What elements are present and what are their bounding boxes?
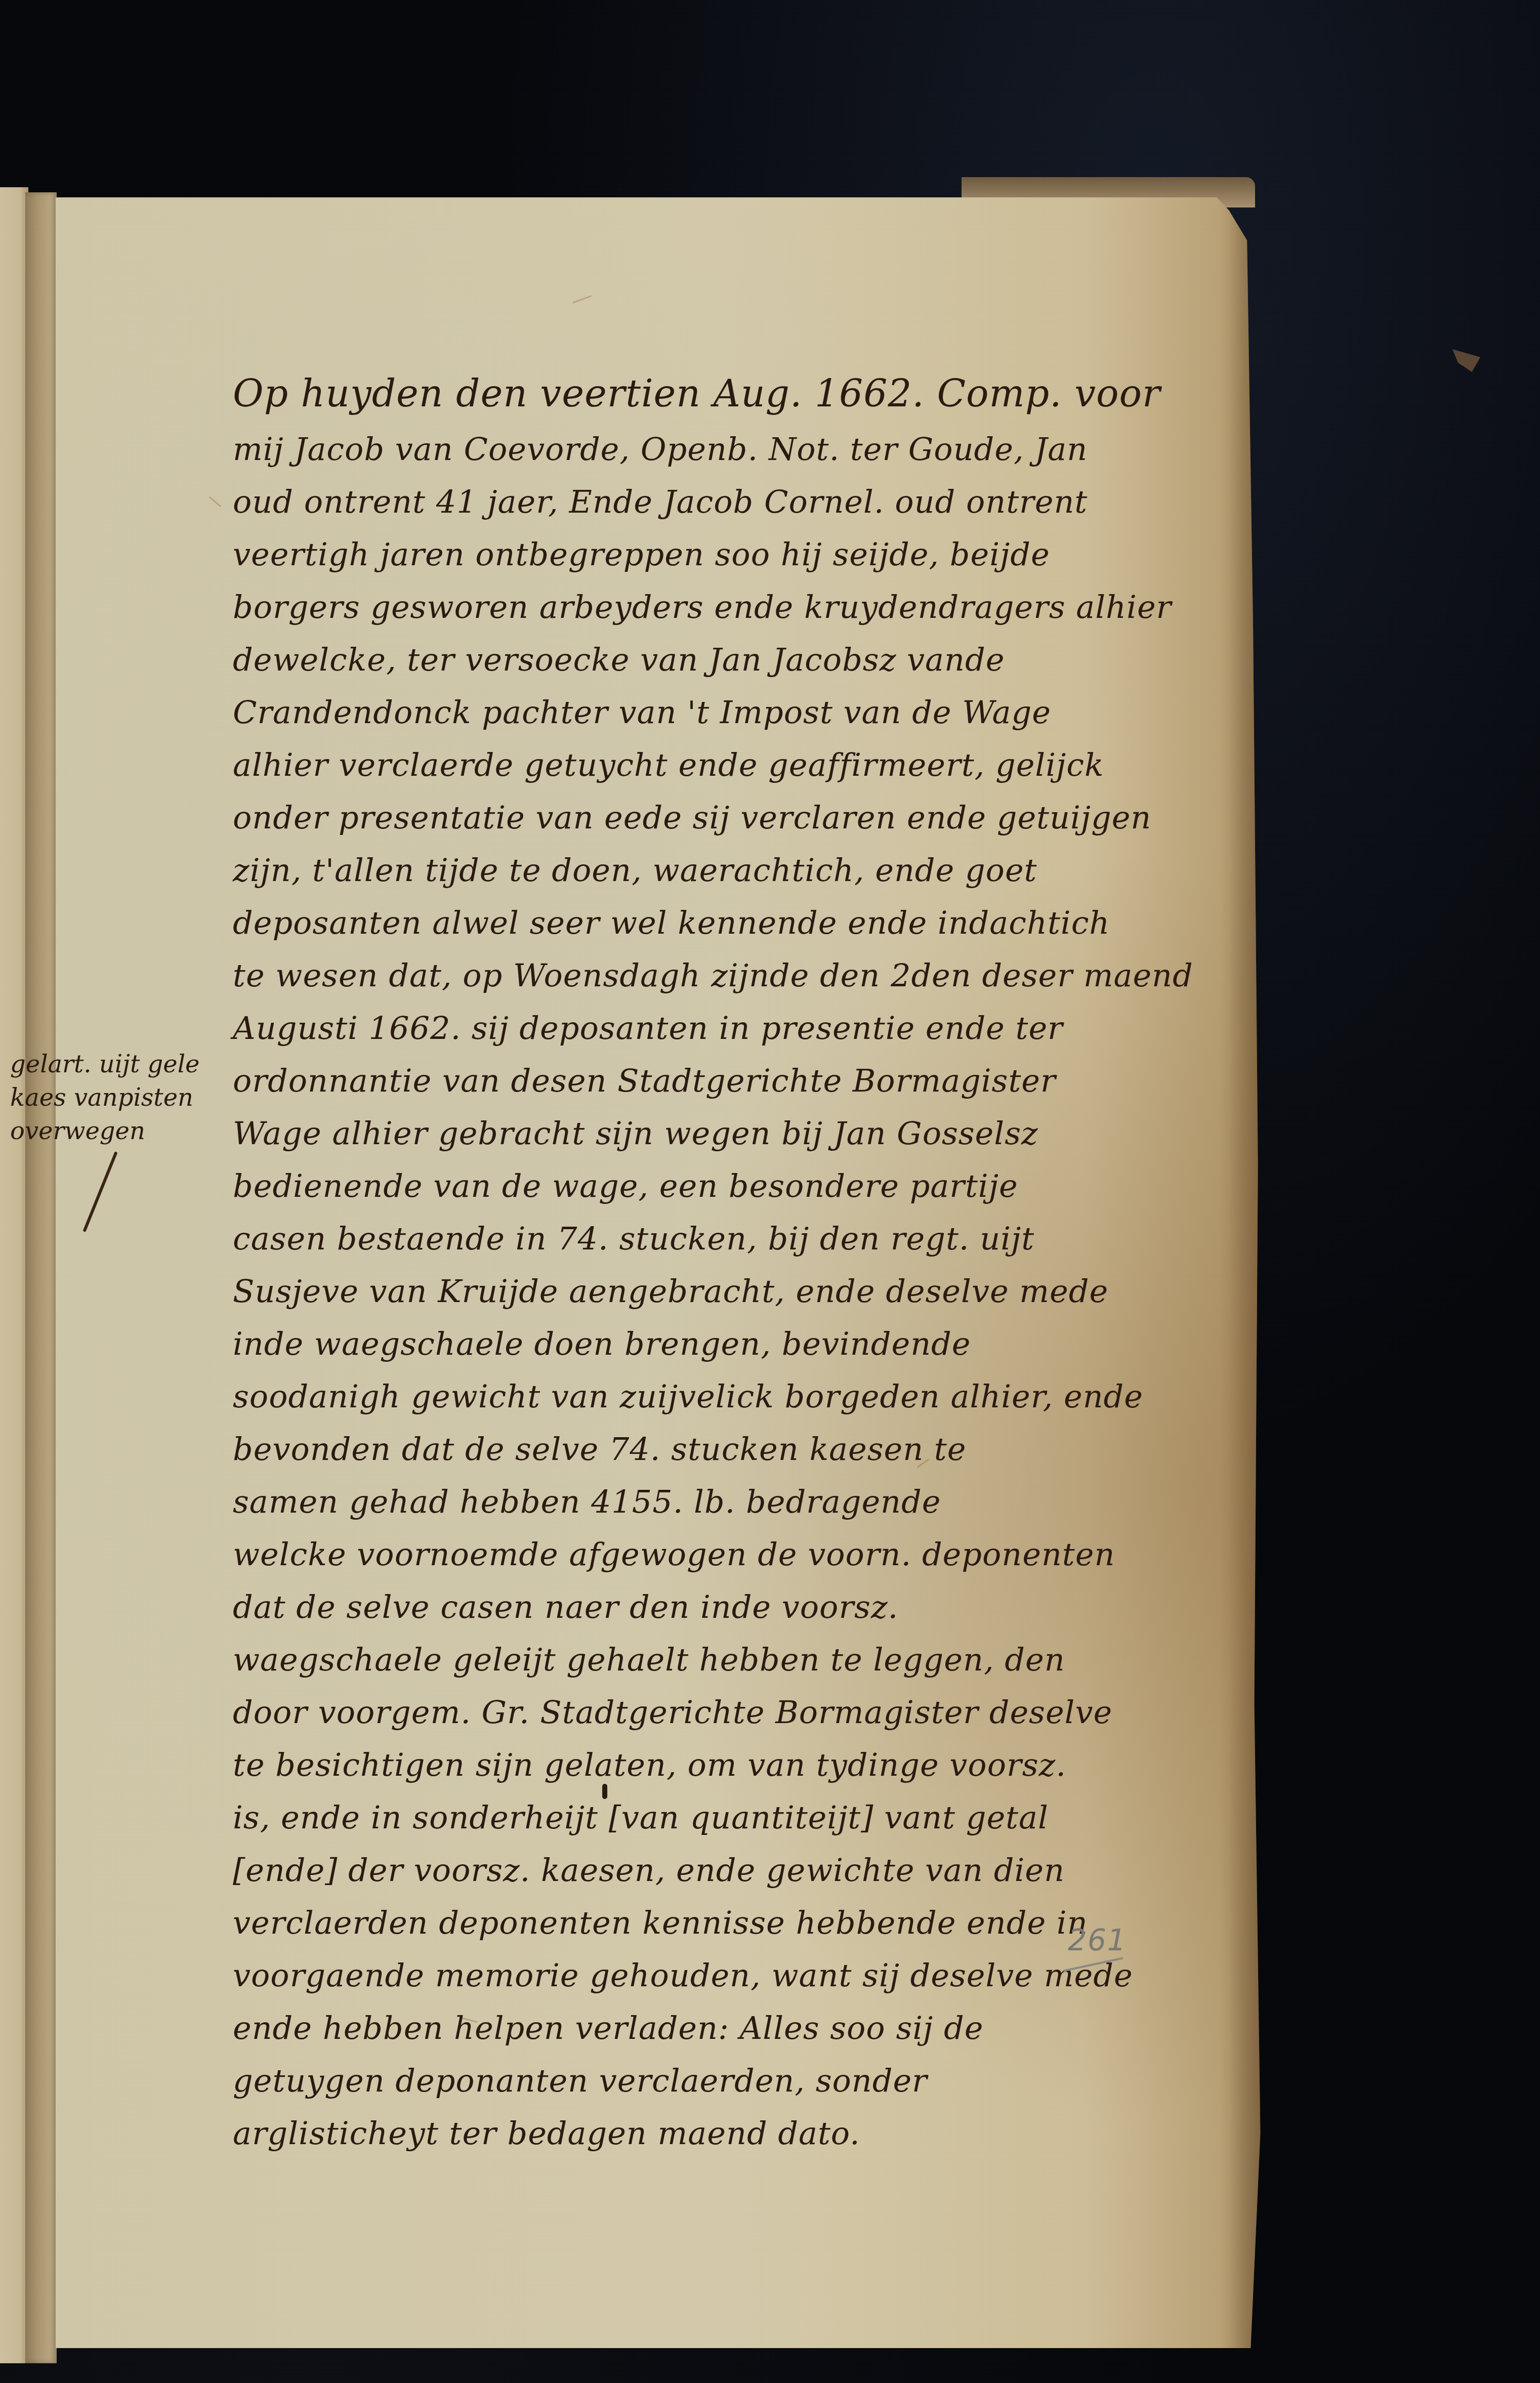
text-line: deposanten alwel seer wel kennende ende … [233, 897, 1275, 949]
text-line: borgers gesworen arbeyders ende kruydend… [233, 581, 1275, 634]
text-line: [ende] der voorsz. kaesen, ende gewichte… [233, 1844, 1275, 1897]
text-line: arglisticheyt ter bedagen maend dato. [233, 2107, 1275, 2160]
text-line: onder presentatie van eede sij verclaren… [233, 791, 1275, 844]
previous-page-edge [0, 187, 28, 2363]
book-gutter [25, 192, 57, 2363]
text-line: alhier verclaerde getuycht ende geaffirm… [233, 739, 1275, 791]
text-line: ordonnantie van desen Stadtgerichte Borm… [233, 1055, 1275, 1107]
text-line: waegschaele geleijt gehaelt hebben te le… [233, 1634, 1275, 1686]
text-line: Augusti 1662. sij deposanten in presenti… [233, 1002, 1275, 1055]
text-line: Wage alhier gebracht sijn wegen bij Jan … [233, 1107, 1275, 1160]
text-line: is, ende in sonderheijt [van quantiteijt… [233, 1791, 1275, 1844]
text-line: inde waegschaele doen brengen, bevindend… [233, 1318, 1275, 1370]
paper-fibre [209, 496, 222, 508]
margin-note-line: overwegen [10, 1114, 263, 1148]
paper-fibre [572, 295, 592, 303]
folio-number: 261 [1068, 1923, 1127, 1957]
text-line: getuygen deponanten verclaerden, sonder [233, 2055, 1275, 2107]
text-line: bevonden dat de selve 74. stucken kaesen… [233, 1423, 1275, 1476]
text-line: mij Jacob van Coevorde, Openb. Not. ter … [233, 423, 1275, 476]
text-line: oud ontrent 41 jaer, Ende Jacob Cornel. … [233, 476, 1275, 528]
text-line: casen bestaende in 74. stucken, bij den … [233, 1213, 1275, 1265]
margin-note-line: kaes vanpisten [10, 1081, 263, 1114]
text-line: dewelcke, ter versoecke van Jan Jacobsz … [233, 634, 1275, 686]
text-line: dat de selve casen naer den inde voorsz. [233, 1581, 1275, 1634]
margin-note: gelart. uijt gele kaes vanpisten overweg… [10, 1048, 263, 1148]
margin-note-line: gelart. uijt gele [10, 1048, 263, 1081]
text-line: te besichtigen sijn gelaten, om van tydi… [233, 1739, 1275, 1791]
text-line: samen gehad hebben 4155. lb. bedragende [233, 1476, 1275, 1528]
text-line: Susjeve van Kruijde aengebracht, ende de… [233, 1265, 1275, 1318]
text-line: zijn, t'allen tijde te doen, waerachtich… [233, 844, 1275, 897]
text-line: te wesen dat, op Woensdagh zijnde den 2d… [233, 949, 1275, 1002]
text-line: bedienende van de wage, een besondere pa… [233, 1160, 1275, 1213]
text-line: ende hebben helpen verladen: Alles soo s… [233, 2002, 1275, 2055]
ink-mark [602, 1784, 607, 1799]
text-line: soodanigh gewicht van zuijvelick borgede… [233, 1370, 1275, 1423]
deposition-text: Op huyden den veertien Aug. 1662. Comp. … [233, 364, 1275, 2160]
text-line: welcke voornoemde afgewogen de voorn. de… [233, 1528, 1275, 1581]
text-line: veertigh jaren ontbegreppen soo hij seij… [233, 528, 1275, 581]
text-line: Op huyden den veertien Aug. 1662. Comp. … [233, 364, 1275, 423]
text-line: door voorgem. Gr. Stadtgerichte Bormagis… [233, 1686, 1275, 1739]
text-line: Crandendonck pachter van 't Impost van d… [233, 686, 1275, 739]
